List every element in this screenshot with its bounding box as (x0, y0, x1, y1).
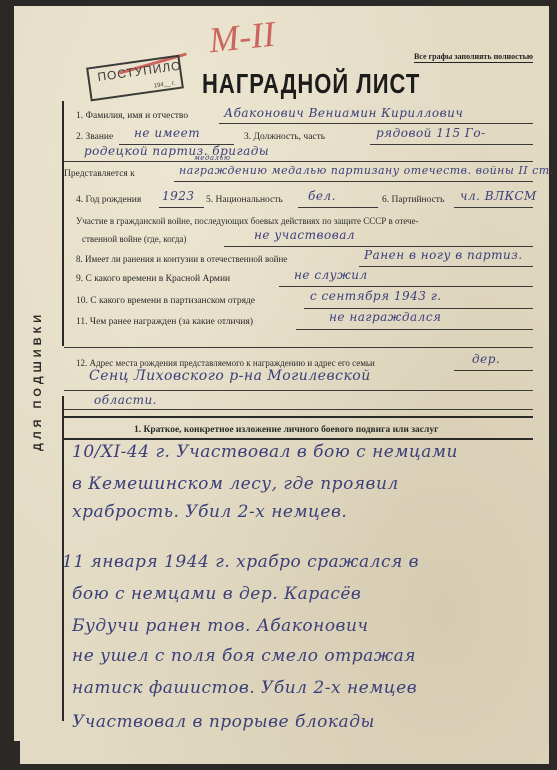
field-label: 5. Национальность (206, 195, 283, 205)
section-divider (64, 416, 533, 418)
field-label: Участие в гражданской войне, последующих… (76, 216, 419, 226)
instruction-note: Все графы заполнять полностью (414, 52, 533, 63)
document-title: НАГРАДНОЙ ЛИСТ (202, 68, 420, 101)
position-value: рядовой 115 Го- (376, 126, 486, 140)
field-label: 3. Должность, часть (244, 132, 325, 142)
binding-margin-line (62, 101, 64, 346)
field-label: 9. С какого времени в Красной Армии (76, 274, 230, 284)
underline (159, 207, 204, 208)
address-value: дер. (472, 352, 500, 366)
field-civil-war: Участие в гражданской войне, последующих… (76, 216, 531, 226)
field-label: 6. Партийность (382, 195, 444, 205)
full-name-value: Абаконович Вениамин Кириллович (224, 106, 463, 120)
underline (64, 409, 533, 410)
underline (64, 161, 533, 162)
wounds-value: Ранен в ногу в партиз. (364, 248, 523, 262)
field-label: 4. Год рождения (76, 195, 141, 205)
underline (64, 390, 533, 391)
red-annotation: М-II (207, 13, 277, 62)
partisan-since-value: с сентября 1943 г. (310, 289, 442, 303)
underline (304, 308, 533, 309)
previous-awards-value: не награждался (329, 310, 442, 324)
field-label: 11. Чем ранее награжден (за какие отличи… (76, 317, 253, 327)
underline (370, 144, 533, 145)
rank-value: не имеет (134, 126, 200, 140)
received-stamp: ПОСТУПИЛО 194__ г. (86, 55, 184, 102)
field-address: 12. Адрес места рождения представляемого… (76, 358, 531, 368)
torn-edge (14, 741, 20, 764)
field-partisan-since: 10. С какого времени в партизанском отря… (76, 296, 531, 306)
narrative-line: натиск фашистов. Убил 2-х немцев (72, 678, 417, 698)
field-label: 1. Фамилия, имя и отчество (76, 111, 188, 121)
nationality-value: бел. (308, 189, 336, 203)
field-label: 10. С какого времени в партизанском отря… (76, 296, 255, 306)
narrative-line: в Кемешинском лесу, где проявил (72, 474, 399, 494)
stamp-year: 194__ г. (153, 80, 175, 89)
section-title: 1. Краткое, конкретное изложение личного… (134, 425, 438, 435)
field-label: Представляется к (64, 169, 135, 179)
underline (454, 207, 533, 208)
binding-label: ДЛЯ ПОДШИВКИ (32, 296, 52, 466)
party-value: чл. ВЛКСМ (460, 189, 537, 203)
underline (296, 329, 533, 330)
narrative-line: 10/XI-44 г. Участвовал в бою с немцами (72, 442, 458, 462)
narrative-line: Будучи ранен тов. Абаконович (72, 616, 368, 636)
underline (454, 370, 533, 371)
underline (359, 266, 533, 267)
field-previous-awards: 11. Чем ранее награжден (за какие отличи… (76, 317, 531, 327)
birth-year-value: 1923 (162, 189, 195, 203)
civil-war-value: не участвовал (254, 228, 355, 242)
red-army-value: не служил (294, 268, 368, 282)
narrative-line: не ушел с поля боя смело отражая (72, 646, 416, 666)
position-value-continued: родецкой партиз. бригады (84, 144, 269, 158)
narrative-line: 11 января 1944 г. храбро сражался в (62, 552, 419, 572)
field-label: ственной войне (где, когда) (82, 234, 186, 244)
section-divider (64, 438, 533, 440)
field-label: 2. Звание (76, 132, 113, 142)
award-sheet-page: ДЛЯ ПОДШИВКИ М-II ПОСТУПИЛО 194__ г. Все… (14, 6, 549, 764)
narrative-line: бою с немцами в дер. Карасёв (72, 584, 361, 604)
field-label: 8. Имеет ли ранения и контузии в отечест… (76, 254, 287, 264)
address-value-line2: Сенц Лиховского р-на Могилевской (89, 368, 371, 384)
underline (219, 123, 533, 124)
address-value-line3: области. (94, 393, 157, 407)
narrative-line: Участвовал в прорыве блокады (72, 712, 375, 732)
award-superscript: медалью (194, 154, 231, 162)
narrative-line: храбрость. Убил 2-х немцев. (72, 502, 347, 522)
underline (224, 246, 533, 247)
underline (174, 181, 533, 182)
underline (279, 286, 533, 287)
field-label: 12. Адрес места рождения представляемого… (76, 358, 375, 368)
underline (64, 347, 533, 348)
award-value: награждению медалью партизану отечеств. … (179, 164, 554, 177)
underline (298, 207, 378, 208)
